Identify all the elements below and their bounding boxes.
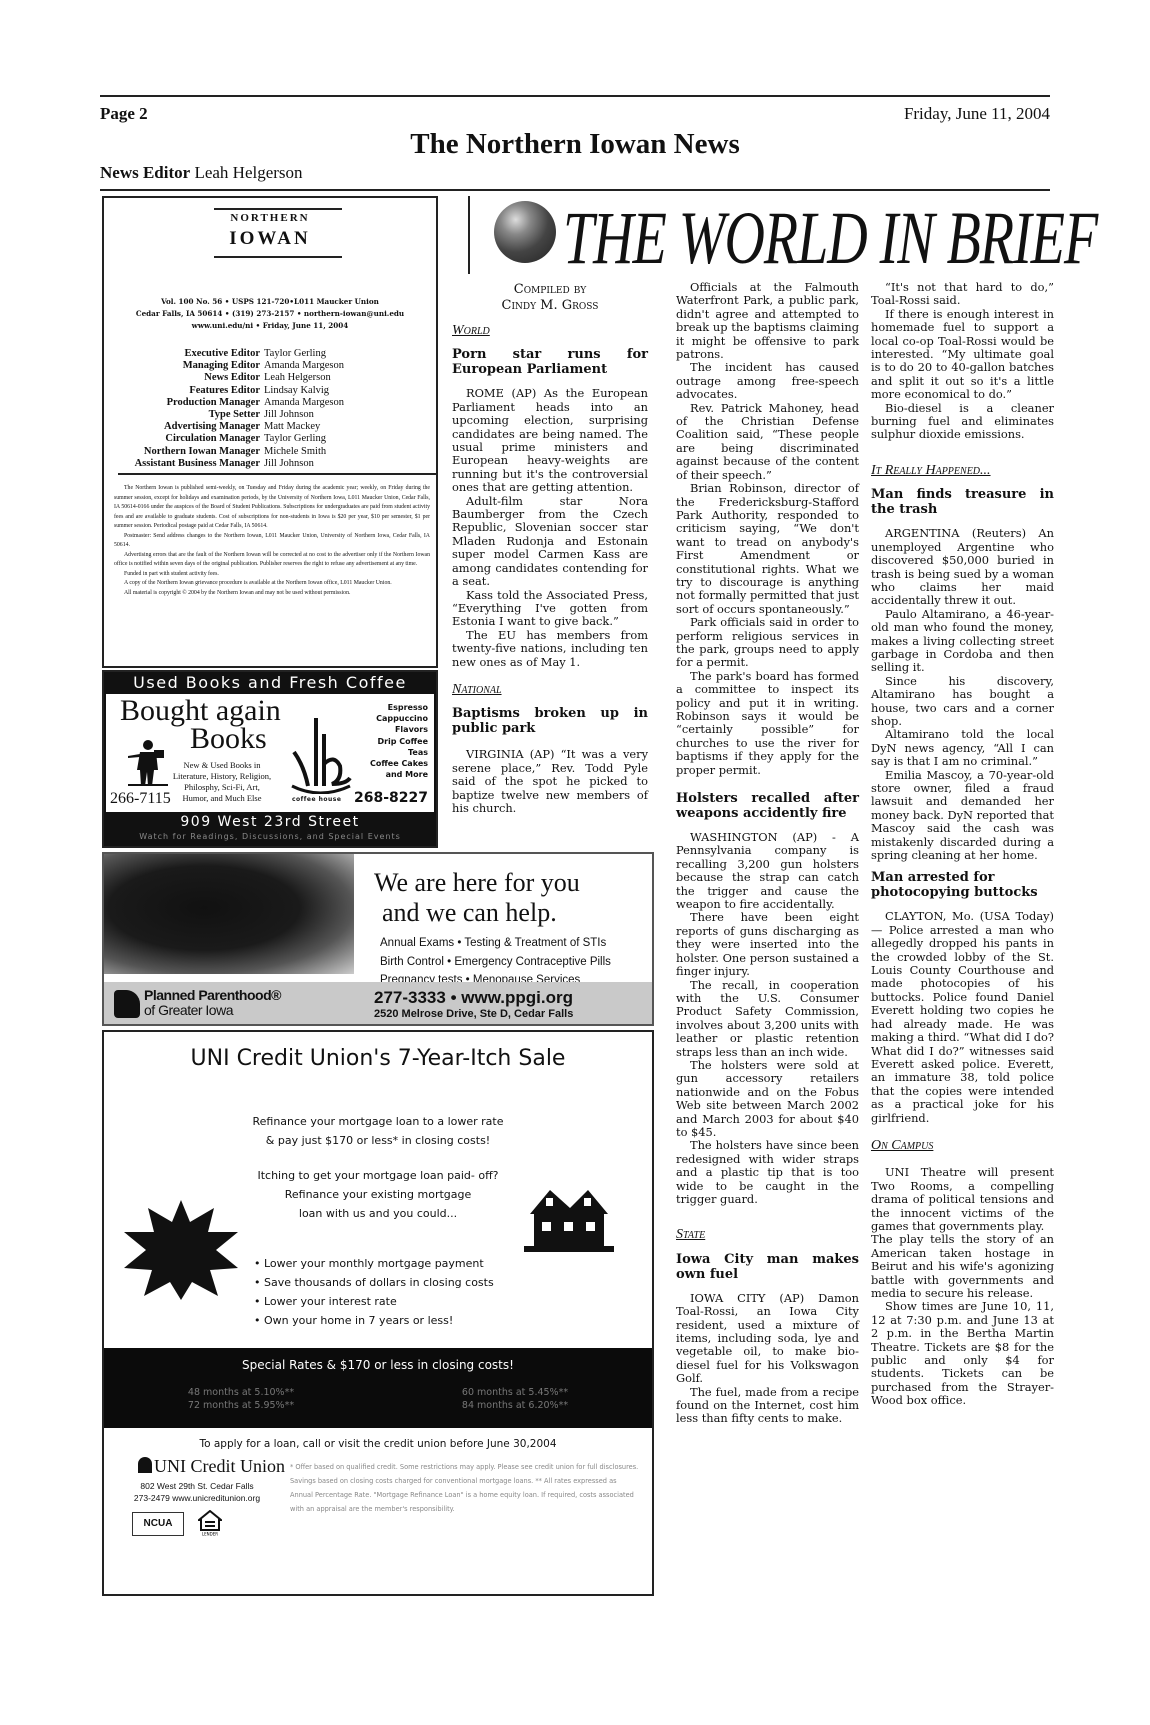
cafe-subtitle: coffee house xyxy=(292,796,341,803)
benefit-item: Own your home in 7 years or less! xyxy=(254,1311,494,1330)
staff-row: Circulation ManagerTaylor Gerling xyxy=(104,433,436,445)
section-title: The Northern Iowan News xyxy=(0,128,1150,161)
article-paragraph: Officials at the Falmouth Waterfront Par… xyxy=(676,281,859,361)
masthead-info-line: Vol. 100 No. 56 • USPS 121-720•L011 Mauc… xyxy=(104,296,436,308)
article-paragraph: Kass told the Associated Press, “Everyth… xyxy=(452,589,648,629)
staff-name: Jill Johnson xyxy=(264,409,436,421)
staff-role: Type Setter xyxy=(104,409,264,421)
cafe-menu-item: Drip Coffee xyxy=(370,736,428,747)
staff-row: Northern Iowan ManagerMichele Smith xyxy=(104,446,436,458)
notice-paragraph: Advertising errors that are the fault of… xyxy=(114,551,430,570)
vibe-logo-icon xyxy=(290,714,352,794)
article-paragraph: There have been eight reports of guns di… xyxy=(676,911,859,978)
credit-union-name: UNI Credit Union xyxy=(154,1456,285,1476)
ad-credit-union: UNI Credit Union's 7-Year-Itch Sale Refi… xyxy=(102,1030,654,1596)
editor-name: Leah Helgerson xyxy=(194,163,302,182)
credit-union-logo: UNI Credit Union xyxy=(138,1456,285,1477)
staff-role: Northern Iowan Manager xyxy=(104,446,264,458)
rates-grid: 48 months at 5.10%** 60 months at 5.45%*… xyxy=(104,1386,652,1412)
article-paragraph: ROME (AP) As the European Parliament hea… xyxy=(452,387,648,494)
ad-body: Bought again Books New & Used Books in L… xyxy=(106,694,434,812)
benefit-item: Lower your interest rate xyxy=(254,1292,494,1311)
staff-name: Taylor Gerling xyxy=(264,433,436,445)
article-paragraph: Altamirano told the local DyN news agenc… xyxy=(871,728,1054,768)
ncua-badge: NCUA xyxy=(132,1512,184,1536)
staff-name: Leah Helgerson xyxy=(264,372,436,384)
planned-parenthood-logo-icon xyxy=(114,990,140,1018)
masthead-rule xyxy=(214,256,342,258)
ad-text-line: & pay just $170 or less* in closing cost… xyxy=(104,1131,652,1150)
publication-notice: The Northern Iowan is published semi-wee… xyxy=(114,484,430,598)
article-paragraph: Since his discovery, Altamirano has boug… xyxy=(871,675,1054,729)
article-paragraph: The play tells the story of an American … xyxy=(871,1233,1054,1300)
apply-text: To apply for a loan, call or visit the c… xyxy=(104,1438,652,1450)
staff-row: Executive EditorTaylor Gerling xyxy=(104,348,436,360)
article-paragraph: Paulo Altamirano, a 46-year-old man who … xyxy=(871,608,1054,675)
benefit-item: Save thousands of dollars in closing cos… xyxy=(254,1273,494,1292)
article-paragraph: The park's board has formed a committee … xyxy=(676,670,859,777)
masthead-name-line2: Iowan xyxy=(104,228,436,250)
staff-role: News Editor xyxy=(104,372,264,384)
staff-row: Advertising ManagerMatt Mackey xyxy=(104,421,436,433)
globe-icon xyxy=(494,201,556,263)
notice-paragraph: All material is copyright © 2004 by the … xyxy=(114,589,430,599)
address-line: 273-2479 www.unicreditunion.org xyxy=(122,1492,272,1504)
bookstore-description: New & Used Books in Literature, History,… xyxy=(172,760,272,804)
article-paragraph: The incident has caused outrage among fr… xyxy=(676,361,859,401)
article-paragraph: CLAYTON, Mo. (USA Today) — Police arrest… xyxy=(871,910,1054,1125)
rate-item: 60 months at 5.45%** xyxy=(378,1386,652,1399)
rate-item: 48 months at 5.10%** xyxy=(104,1386,378,1399)
byline: Compiled by Cindy M. Gross xyxy=(452,282,648,314)
article-paragraph: The recall, in cooperation with the U.S.… xyxy=(676,979,859,1059)
reader-figure-icon xyxy=(128,738,168,788)
article-paragraph: Emilia Mascoy, a 70-year-old store owner… xyxy=(871,769,1054,863)
disclaimer: * Offer based on qualified credit. Some … xyxy=(290,1460,640,1516)
ad-headline: UNI Credit Union's 7-Year-Itch Sale xyxy=(104,1046,652,1071)
article-column-3: “It's not that hard to do,” Toal-Rossi s… xyxy=(871,281,1054,1408)
article-paragraph: UNI Theatre will present Two Rooms, a co… xyxy=(871,1166,1054,1233)
cafe-menu-item: Cappuccino xyxy=(370,713,428,724)
staff-row: Assistant Business ManagerJill Johnson xyxy=(104,458,436,470)
staff-role: Circulation Manager xyxy=(104,433,264,445)
house-icon xyxy=(520,1184,618,1256)
cafe-phone: 268-8227 xyxy=(354,790,428,806)
ad-photo xyxy=(104,854,354,974)
staff-name: Lindsay Kalvig xyxy=(264,385,436,397)
org-name-line: of Greater Iowa xyxy=(144,1003,281,1018)
staff-role: Advertising Manager xyxy=(104,421,264,433)
article-paragraph: Rev. Patrick Mahoney, head of the Christ… xyxy=(676,402,859,482)
staff-name: Michele Smith xyxy=(264,446,436,458)
article-paragraph: If there is enough interest in homemade … xyxy=(871,308,1054,402)
headline: Holsters recalled after weapons accident… xyxy=(676,791,859,821)
article-paragraph: WASHINGTON (AP) - A Pennsylvania company… xyxy=(676,831,859,911)
staff-name: Taylor Gerling xyxy=(264,348,436,360)
building-icon xyxy=(138,1457,152,1473)
cafe-menu-item: Espresso xyxy=(370,702,428,713)
byline-line: Compiled by xyxy=(452,282,648,298)
benefits-list: Lower your monthly mortgage payment Save… xyxy=(254,1254,494,1330)
service-line: Annual Exams • Testing & Treatment of ST… xyxy=(380,934,611,953)
notice-paragraph: The Northern Iowan is published semi-wee… xyxy=(114,484,430,532)
ad-contact: 277-3333 • www.ppgi.org xyxy=(374,988,573,1008)
masthead-info-line: Cedar Falls, IA 50614 • (319) 273-2157 •… xyxy=(104,308,436,320)
ad-headline-line: and we can help. xyxy=(374,898,580,928)
headline: Iowa City man makes own fuel xyxy=(676,1252,859,1282)
masthead-name-line1: Northern xyxy=(104,212,436,224)
org-name: Planned Parenthood® of Greater Iowa xyxy=(144,988,281,1018)
headline: Porn star runs for European Parliament xyxy=(452,347,648,377)
cafe-menu-item: and More xyxy=(370,769,428,780)
masthead-info-line: www.uni.edu/ni • Friday, June 11, 2004 xyxy=(104,320,436,332)
starburst-icon xyxy=(122,1200,240,1300)
staff-name: Amanda Margeson xyxy=(264,360,436,372)
article-paragraph: VIRGINIA (AP) “It was a very serene plac… xyxy=(452,748,648,815)
byline-line: Cindy M. Gross xyxy=(452,298,648,314)
notice-paragraph: A copy of the Northern Iowan grievance p… xyxy=(114,579,430,589)
staff-name: Jill Johnson xyxy=(264,458,436,470)
masthead-info: Vol. 100 No. 56 • USPS 121-720•L011 Mauc… xyxy=(104,296,436,332)
bookstore-name-line2: Books xyxy=(190,724,267,754)
article-paragraph: The EU has members from twenty-five nati… xyxy=(452,629,648,669)
staff-row: Features EditorLindsay Kalvig xyxy=(104,385,436,397)
editor-role: News Editor xyxy=(100,163,190,182)
ad-planned-parenthood: We are here for you and we can help. Ann… xyxy=(102,852,654,1026)
section-label-it-really-happened: It Really Happened... xyxy=(871,464,1054,477)
article-paragraph: IOWA CITY (AP) Damon Toal-Rossi, an Iowa… xyxy=(676,1292,859,1386)
cafe-menu-item: Coffee Cakes xyxy=(370,758,428,769)
section-label-on-campus: On Campus xyxy=(871,1139,1054,1152)
staff-row: Production ManagerAmanda Margeson xyxy=(104,397,436,409)
headline: Baptisms broken up in public park xyxy=(452,706,648,736)
cafe-menu: Espresso Cappuccino Flavors Drip Coffee … xyxy=(370,702,428,780)
notice-paragraph: Postmaster: Send address changes to the … xyxy=(114,532,430,551)
staff-list: Executive EditorTaylor Gerling Managing … xyxy=(104,348,436,470)
article-paragraph: Park officials said in order to perform … xyxy=(676,616,859,670)
rate-item: 84 months at 6.20%** xyxy=(378,1399,652,1412)
top-rule xyxy=(100,95,1050,97)
page-number: Page 2 xyxy=(100,104,148,124)
article-paragraph: Adult-film star Nora Baumberger from the… xyxy=(452,495,648,589)
staff-role: Executive Editor xyxy=(104,348,264,360)
staff-name: Matt Mackey xyxy=(264,421,436,433)
headline: Man finds treasure in the trash xyxy=(871,487,1054,517)
issue-date: Friday, June 11, 2004 xyxy=(904,104,1050,124)
headline: Man arrested for photocopying buttocks xyxy=(871,870,1054,900)
ad-address: 909 West 23rd Street xyxy=(104,814,436,830)
rate-item: 72 months at 5.95%** xyxy=(104,1399,378,1412)
address-line: 802 West 29th St. Cedar Falls xyxy=(122,1480,272,1492)
ad-footer-bar: Planned Parenthood® of Greater Iowa 277-… xyxy=(104,982,652,1026)
rates-band: Special Rates & $170 or less in closing … xyxy=(104,1348,652,1428)
credit-union-address: 802 West 29th St. Cedar Falls 273-2479 w… xyxy=(122,1480,272,1504)
article-paragraph: The holsters were sold at gun accessory … xyxy=(676,1059,859,1139)
ad-books-coffee: Used Books and Fresh Coffee Bought again… xyxy=(102,670,438,848)
svg-text:LENDER: LENDER xyxy=(202,1532,218,1537)
masthead: Northern Iowan Vol. 100 No. 56 • USPS 12… xyxy=(102,196,438,668)
service-line: Birth Control • Emergency Contraceptive … xyxy=(380,953,611,972)
masthead-rule xyxy=(214,208,342,210)
article-paragraph: The fuel, made from a recipe found on th… xyxy=(676,1386,859,1426)
ad-address: 2520 Melrose Drive, Ste D, Cedar Falls xyxy=(374,1008,573,1020)
section-label-state: State xyxy=(676,1228,859,1241)
benefit-item: Lower your monthly mortgage payment xyxy=(254,1254,494,1273)
section-label-national: National xyxy=(452,683,648,696)
ad-headline-line: We are here for you xyxy=(374,868,580,898)
column-frame xyxy=(468,196,470,274)
staff-row: Managing EditorAmanda Margeson xyxy=(104,360,436,372)
org-name-line: Planned Parenthood® xyxy=(144,988,281,1003)
article-paragraph: Bio-diesel is a cleaner burning fuel and… xyxy=(871,402,1054,442)
notice-paragraph: Funded in part with student activity fee… xyxy=(114,570,430,580)
article-paragraph: “It's not that hard to do,” Toal-Rossi s… xyxy=(871,281,1054,308)
staff-role: Assistant Business Manager xyxy=(104,458,264,470)
ad-text-line: Refinance your mortgage loan to a lower … xyxy=(104,1112,652,1131)
article-column-1: Compiled by Cindy M. Gross World Porn st… xyxy=(452,282,648,815)
ad-intro: Refinance your mortgage loan to a lower … xyxy=(104,1112,652,1150)
bookstore-phone: 266-7115 xyxy=(110,790,171,808)
staff-name: Amanda Margeson xyxy=(264,397,436,409)
ad-tagline: Watch for Readings, Discussions, and Spe… xyxy=(104,832,436,841)
section-label-world: World xyxy=(452,324,648,337)
staff-role: Managing Editor xyxy=(104,360,264,372)
article-paragraph: Show times are June 10, 11, 12 at 7:30 p… xyxy=(871,1300,1054,1407)
staff-role: Features Editor xyxy=(104,385,264,397)
equal-housing-icon: LENDER xyxy=(198,1510,222,1536)
section-editor: News Editor Leah Helgerson xyxy=(100,163,303,183)
article-column-2: Officials at the Falmouth Waterfront Par… xyxy=(676,281,859,1426)
rates-band-title: Special Rates & $170 or less in closing … xyxy=(104,1358,652,1372)
staff-row: Type SetterJill Johnson xyxy=(104,409,436,421)
masthead-divider xyxy=(118,473,438,475)
ad-headline: Used Books and Fresh Coffee xyxy=(104,673,436,692)
article-paragraph: ARGENTINA (Reuters) An unemployed Argent… xyxy=(871,527,1054,607)
staff-role: Production Manager xyxy=(104,397,264,409)
ad-text-line: Itching to get your mortgage loan paid- … xyxy=(104,1166,652,1185)
ad-headline: We are here for you and we can help. xyxy=(374,868,580,928)
staff-row: News EditorLeah Helgerson xyxy=(104,372,436,384)
feature-title: THE WORLD IN BRIEF xyxy=(563,190,1097,287)
article-paragraph: Brian Robinson, director of the Frederic… xyxy=(676,482,859,616)
cafe-menu-item: Teas xyxy=(370,747,428,758)
cafe-menu-item: Flavors xyxy=(370,724,428,735)
article-paragraph: The holsters have since been redesigned … xyxy=(676,1139,859,1206)
